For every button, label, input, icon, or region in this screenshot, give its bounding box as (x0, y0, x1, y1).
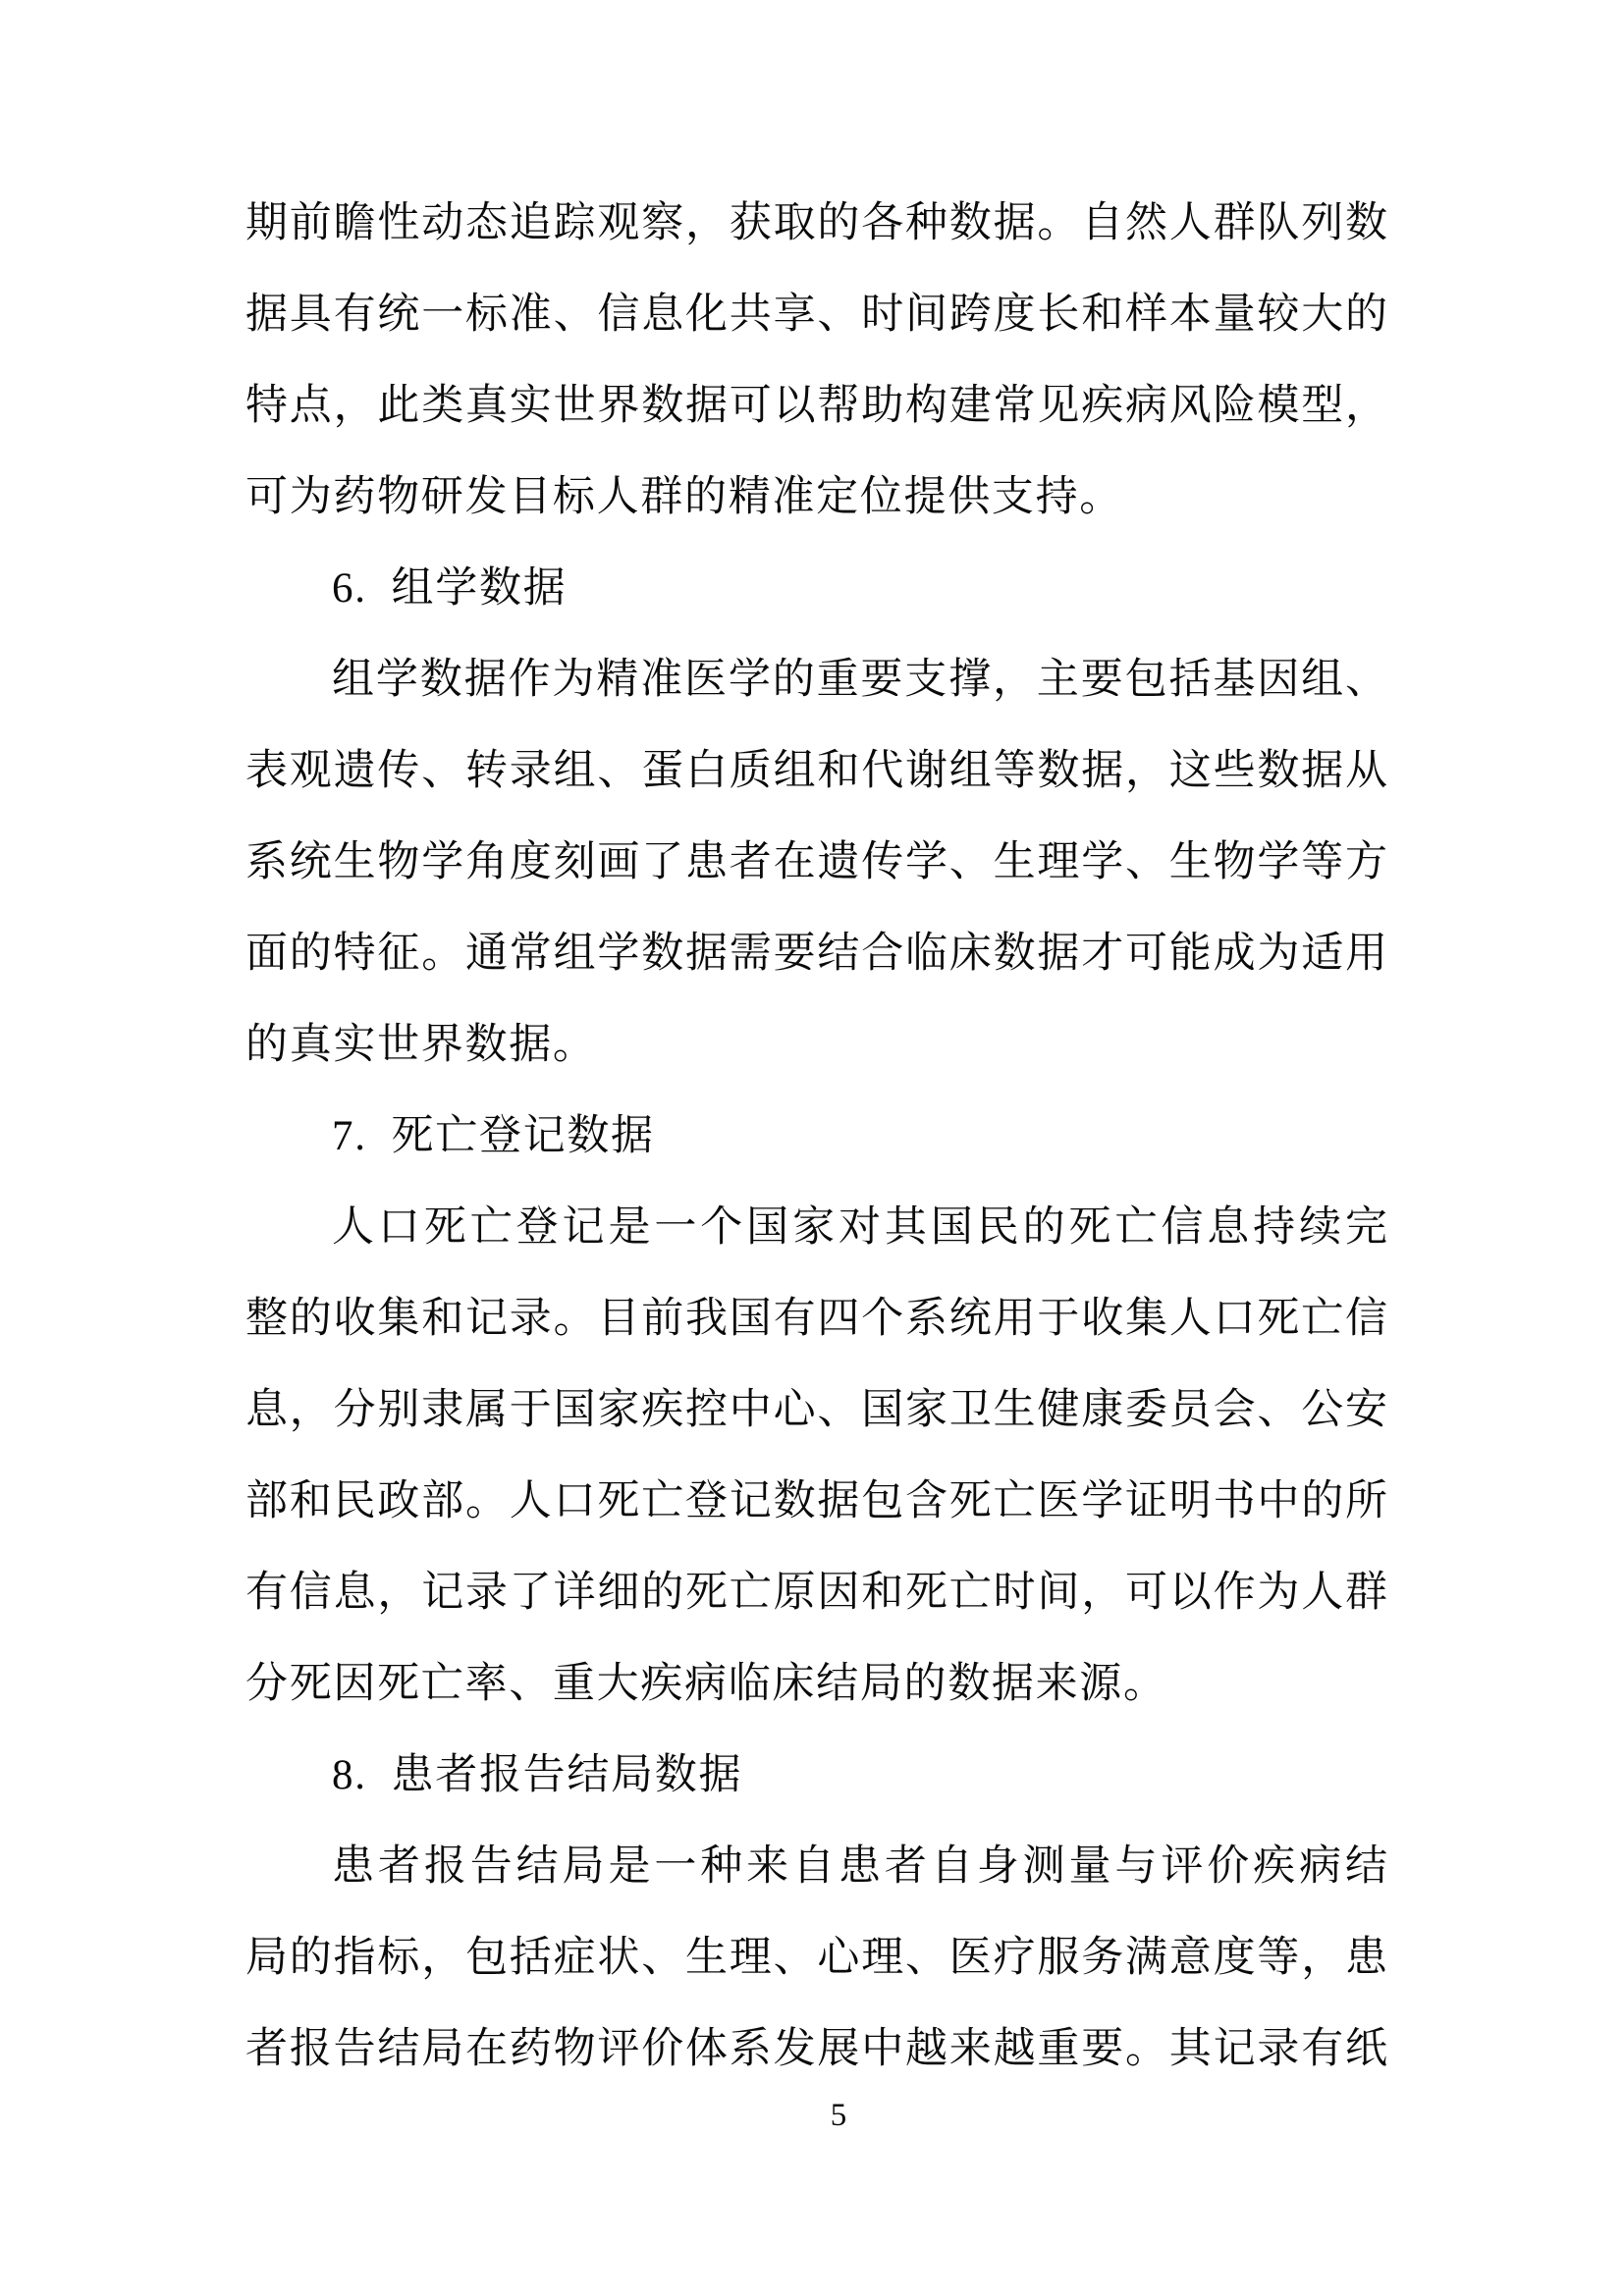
text-line: 分死因死亡率、重大疾病临床结局的数据来源。 (245, 1638, 1387, 1730)
text-line: 面的特征。通常组学数据需要结合临床数据才可能成为适用 (245, 908, 1387, 999)
text-line: 整的收集和记录。目前我国有四个系统用于收集人口死亡信 (245, 1273, 1387, 1364)
page-body-text: 期前瞻性动态追踪观察，获取的各种数据。自然人群队列数 据具有统一标准、信息化共享… (245, 178, 1387, 2095)
text-line: 表观遗传、转录组、蛋白质组和代谢组等数据，这些数据从 (245, 725, 1387, 817)
section-heading-7: 7. 死亡登记数据 (245, 1091, 1387, 1182)
text-line: 人口死亡登记是一个国家对其国民的死亡信息持续完 (245, 1182, 1387, 1273)
page-number: 5 (809, 2092, 868, 2139)
text-line: 组学数据作为精准医学的重要支撑，主要包括基因组、 (245, 634, 1387, 725)
text-line: 部和民政部。人口死亡登记数据包含死亡医学证明书中的所 (245, 1456, 1387, 1547)
text-line: 可为药物研发目标人群的精准定位提供支持。 (245, 452, 1387, 543)
text-line: 局的指标，包括症状、生理、心理、医疗服务满意度等，患 (245, 1912, 1387, 2003)
section-heading-6: 6. 组学数据 (245, 543, 1387, 634)
text-line: 者报告结局在药物评价体系发展中越来越重要。其记录有纸 (245, 2003, 1387, 2095)
text-line: 期前瞻性动态追踪观察，获取的各种数据。自然人群队列数 (245, 178, 1387, 269)
section-heading-8: 8. 患者报告结局数据 (245, 1730, 1387, 1821)
document-page: 期前瞻性动态追踪观察，获取的各种数据。自然人群队列数 据具有统一标准、信息化共享… (0, 0, 1624, 2296)
text-line: 特点，此类真实世界数据可以帮助构建常见疾病风险模型， (245, 360, 1387, 452)
text-line: 据具有统一标准、信息化共享、时间跨度长和样本量较大的 (245, 269, 1387, 360)
text-line: 系统生物学角度刻画了患者在遗传学、生理学、生物学等方 (245, 817, 1387, 908)
text-line: 有信息，记录了详细的死亡原因和死亡时间，可以作为人群 (245, 1547, 1387, 1638)
text-line: 息，分别隶属于国家疾控中心、国家卫生健康委员会、公安 (245, 1364, 1387, 1456)
text-line: 的真实世界数据。 (245, 999, 1387, 1091)
text-line: 患者报告结局是一种来自患者自身测量与评价疾病结 (245, 1821, 1387, 1912)
